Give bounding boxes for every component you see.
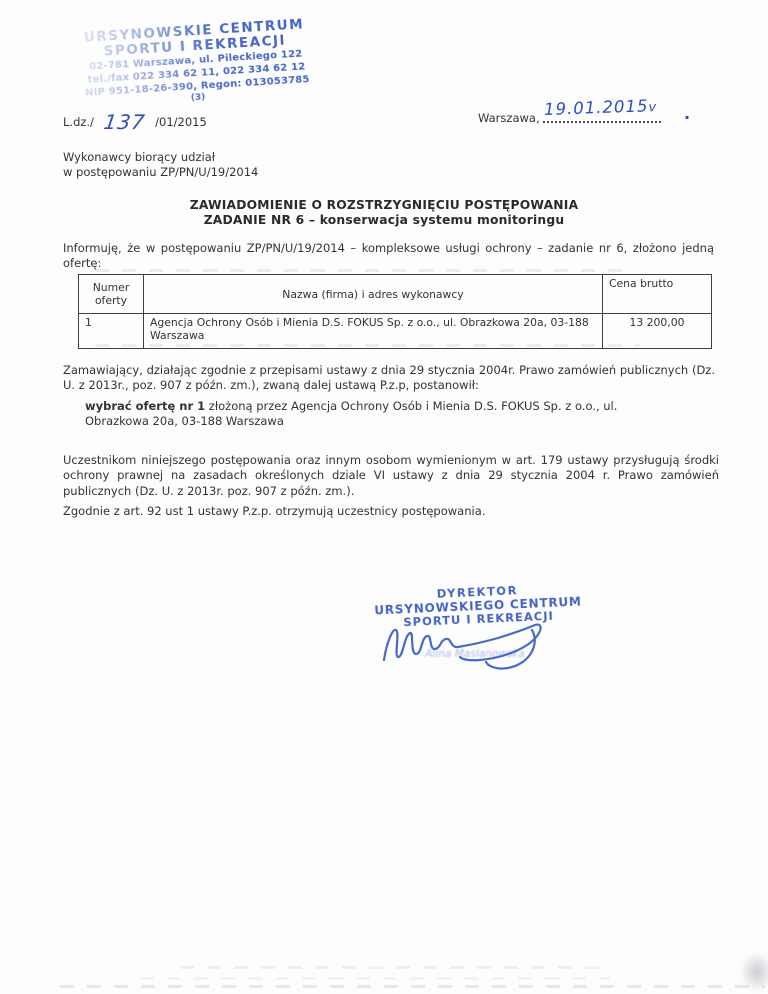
final-paragraph: Zgodnie z art. 92 ust 1 ustawy P.z.p. ot… [63, 504, 719, 519]
city-label: Warszawa, [478, 111, 540, 125]
director-name: Alina Maslanowska [370, 648, 580, 660]
organization-stamp: URSYNOWSKIE CENTRUM SPORTU I REKREACJI 0… [66, 16, 326, 111]
scanned-document-page: URSYNOWSKIE CENTRUM SPORTU I REKREACJI 0… [0, 0, 768, 994]
column-header-gross-price: Cena brutto [603, 275, 712, 314]
document-title: ZAWIADOMIENIE O ROZSTRZYGNIĘCIU POSTĘPOW… [0, 198, 768, 228]
handwritten-flourish: v [648, 100, 657, 115]
recipient-line2: w postępowaniu ZP/PN/U/19/2014 [63, 165, 258, 180]
document-title-line1: ZAWIADOMIENIE O ROZSTRZYGNIĘCIU POSTĘPOW… [0, 198, 768, 213]
handwritten-period: . [684, 104, 690, 123]
handwritten-date: 19.01.2015v [544, 96, 658, 119]
handwritten-signature [372, 616, 562, 674]
recipient-block: Wykonawcy biorący udział w postępowaniu … [63, 150, 258, 180]
scan-corner-smudge [740, 952, 768, 992]
reference-prefix: L.dz./ [63, 115, 94, 129]
decision-paragraph: wybrać ofertę nr 1 złożoną przez Agencja… [85, 399, 657, 429]
table-header-row: Numer oferty Nazwa (firma) i adres wykon… [79, 275, 712, 314]
intro-paragraph: Informuję, że w postępowaniu ZP/PN/U/19/… [63, 241, 714, 271]
scan-artifact-line [140, 977, 610, 980]
rights-paragraph: Uczestnikom niniejszego postępowania ora… [63, 453, 719, 499]
scan-artifact-line [60, 985, 765, 988]
scan-artifact-line [180, 966, 610, 969]
handwritten-reference-number: 137 [102, 110, 147, 134]
document-title-line2: ZADANIE NR 6 – konserwacja systemu monit… [0, 213, 768, 228]
decision-bold-part: wybrać ofertę nr 1 [85, 399, 205, 413]
reference-suffix: /01/2015 [155, 115, 207, 129]
column-header-contractor: Nazwa (firma) i adres wykonawcy [144, 275, 603, 314]
offers-table: Numer oferty Nazwa (firma) i adres wykon… [78, 274, 712, 349]
column-header-offer-number: Numer oferty [79, 275, 144, 314]
scan-artifact-line [95, 344, 640, 347]
law-paragraph: Zamawiający, działając zgodnie z przepis… [63, 363, 715, 393]
handwritten-date-value: 19.01.2015 [544, 96, 649, 119]
scan-artifact-line [95, 269, 635, 272]
recipient-line1: Wykonawcy biorący udział [63, 150, 258, 165]
reference-number-line: L.dz./ 137 /01/2015 [63, 110, 207, 134]
